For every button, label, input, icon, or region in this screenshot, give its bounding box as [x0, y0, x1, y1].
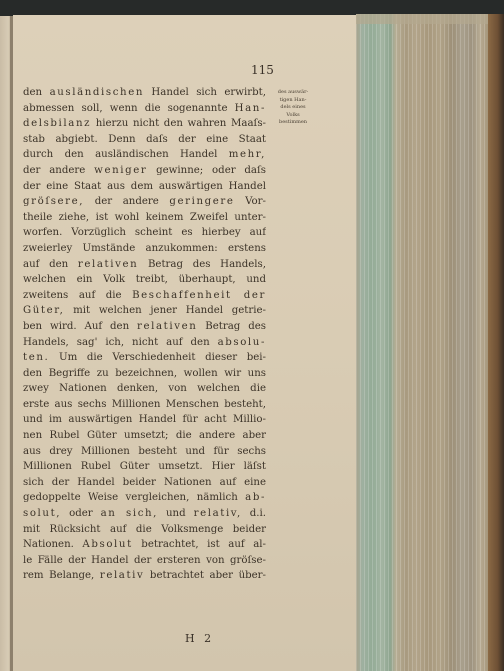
text-line: Nationen. Absolut betrachtet, ist auf al…	[23, 537, 266, 553]
text-line: den Begriffe zu bezeichnen, wollen wir u…	[23, 366, 266, 382]
text-line: sich der Handel beider Nationen auf eine	[23, 475, 266, 491]
text-line: rem Belange, relativ betrachtet aber übe…	[23, 568, 266, 584]
margin-note-line: bestimmen	[271, 119, 315, 127]
text-line: le Fälle der Handel der ersteren von grö…	[23, 553, 266, 569]
text-line: ben wird. Auf den relativen Betrag des	[23, 319, 266, 335]
text-line: der andere weniger gewinne; oder daſs	[23, 163, 266, 179]
text-line: durch den ausländischen Handel mehr,	[23, 147, 266, 163]
text-line: ten. Um die Verschiedenheit dieser bei-	[23, 350, 266, 366]
book-cover	[488, 14, 504, 671]
text-line: solut, oder an sich, und relativ, d.i.	[23, 506, 266, 522]
margin-note-line: tigen Han-	[271, 97, 315, 105]
text-line: abmessen soll, wenn die sogenannte Han-	[23, 101, 266, 117]
margin-note-line: Volks	[271, 112, 315, 120]
text-line: worfen. Vorzüglich scheint es hierbey au…	[23, 225, 266, 241]
text-line: zwey Nationen denken, von welchen die	[23, 381, 266, 397]
text-line: Handels, sag' ich, nicht auf den absolu-	[23, 335, 266, 351]
text-line: welchen ein Volk treibt, überhaupt, und	[23, 272, 266, 288]
text-line: gröſsere, der andere geringere Vor-	[23, 194, 266, 210]
text-line: theile ziehe, ist wohl keinem Zweifel un…	[23, 210, 266, 226]
margin-note: des auswär-tigen Han-dels einesVolksbest…	[271, 89, 315, 127]
text-line: und im auswärtigen Handel für acht Milli…	[23, 412, 266, 428]
body-text: den ausländischen Handel sich erwirbt,ab…	[23, 85, 266, 584]
text-line: der eine Staat aus dem auswärtigen Hande…	[23, 179, 266, 195]
text-line: zweierley Umstände anzukommen: erstens	[23, 241, 266, 257]
text-line: den ausländischen Handel sich erwirbt,	[23, 85, 266, 101]
text-line: erste aus sechs Millionen Menschen beste…	[23, 397, 266, 413]
text-line: stab abgiebt. Denn daſs der eine Staat	[23, 132, 266, 148]
book-page-edges	[356, 14, 488, 671]
text-line: mit Rücksicht auf die Volksmenge beider	[23, 522, 266, 538]
text-line: delsbilanz hierzu nicht den wahren Maaſs…	[23, 116, 266, 132]
book-edge-top	[356, 14, 488, 24]
text-line: Millionen Rubel Güter umsetzt. Hier läſs…	[23, 459, 266, 475]
text-line: aus drey Millionen besteht und für sechs	[23, 444, 266, 460]
text-line: nen Rubel Güter umsetzt; die andere aber	[23, 428, 266, 444]
margin-note-line: dels eines	[271, 104, 315, 112]
text-line: Güter, mit welchen jener Handel getrie-	[23, 303, 266, 319]
text-line: zweitens auf die Beschaffenheit der	[23, 288, 266, 304]
text-line: auf den relativen Betrag des Handels,	[23, 257, 266, 273]
page-number: 115	[251, 63, 274, 77]
text-line: gedoppelte Weise vergleichen, nämlich ab…	[23, 490, 266, 506]
book-page: 115 den ausländischen Handel sich erwirb…	[13, 15, 358, 671]
signature-mark: H 2	[185, 632, 214, 645]
margin-note-line: des auswär-	[271, 89, 315, 97]
